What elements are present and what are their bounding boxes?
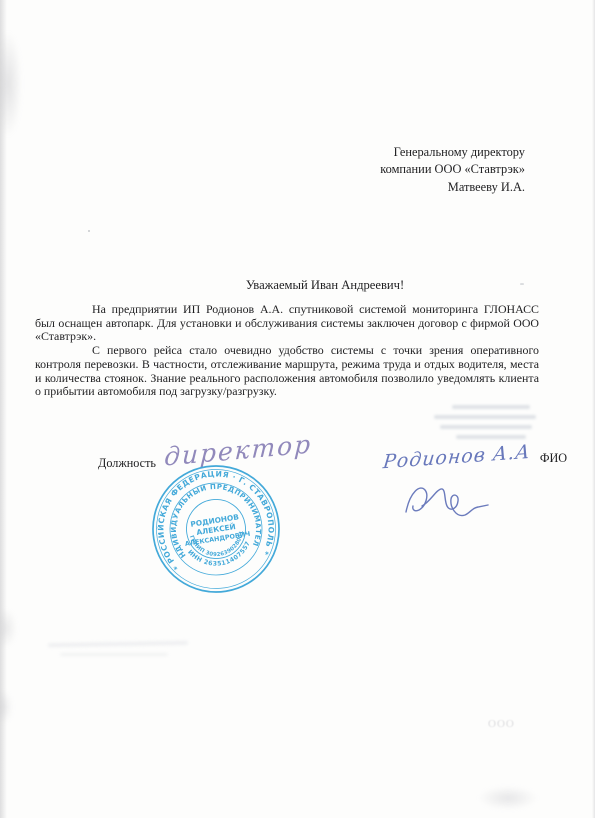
recipient-line-1: Генеральному директору bbox=[380, 144, 525, 161]
fio-label: ФИО bbox=[540, 446, 567, 466]
letter-body: На предприятии ИП Родионов А.А. спутнико… bbox=[35, 303, 539, 399]
recipient-block: Генеральному директору компании ООО «Ста… bbox=[380, 144, 525, 196]
scan-speck bbox=[88, 230, 90, 232]
ghost-line bbox=[440, 425, 532, 429]
signature-flourish-icon bbox=[400, 476, 496, 528]
ghost-line bbox=[452, 405, 530, 409]
ghost-line bbox=[456, 435, 526, 439]
scan-smudge bbox=[0, 30, 22, 138]
ghost-line bbox=[434, 415, 536, 419]
scan-smudge bbox=[478, 786, 538, 810]
recipient-line-2: компании ООО «Ставтрэк» bbox=[380, 161, 525, 178]
salutation: Уважаемый Иван Андреевич! bbox=[55, 278, 595, 293]
scan-smudge bbox=[0, 608, 17, 648]
scanned-letter-page: Генеральному директору компании ООО «Ста… bbox=[0, 0, 595, 818]
paragraph-1: На предприятии ИП Родионов А.А. спутнико… bbox=[35, 303, 539, 344]
scan-streak bbox=[60, 653, 168, 656]
bleed-through-ooo: ООО bbox=[488, 718, 515, 730]
scan-smudge bbox=[0, 690, 13, 724]
handwritten-name: Родионов А.А bbox=[382, 441, 532, 474]
recipient-line-3: Матвееву И.А. bbox=[380, 179, 525, 196]
round-stamp: * РОССИЙСКАЯ ФЕДЕРАЦИЯ · Г. СТАВРОПОЛЬ *… bbox=[129, 442, 303, 616]
paragraph-2: С первого рейса стало очевидно удобство … bbox=[35, 344, 539, 399]
name-row: Родионов А.А ФИО bbox=[383, 446, 567, 468]
bleed-through-text bbox=[430, 405, 548, 445]
scan-streak bbox=[48, 641, 188, 647]
